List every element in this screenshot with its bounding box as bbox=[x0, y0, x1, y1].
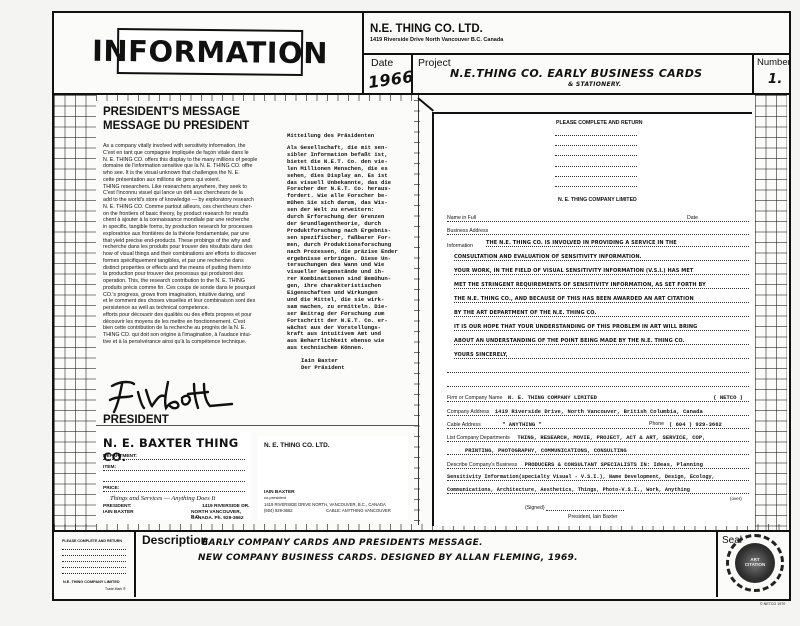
information-line[interactable]: YOUR WORK, IN THE FIELD OF VISUAL SENSIT… bbox=[454, 268, 749, 275]
number-label: Number bbox=[757, 57, 791, 68]
information-title: INFORMATION bbox=[92, 34, 328, 70]
small-card-line bbox=[62, 573, 126, 574]
company-departments-field[interactable]: List Company Departments THING, RESEARCH… bbox=[447, 434, 749, 442]
small-card-line bbox=[62, 561, 126, 562]
company-address-field[interactable]: Company Address 1419 Riverside Drive, No… bbox=[447, 408, 749, 416]
company-business-line-2[interactable]: Sensitivity Information(specialty Visual… bbox=[447, 474, 749, 481]
form-return-line[interactable] bbox=[555, 166, 637, 167]
baxter-business-card: N. E. BAXTER THING CO. DEPARTMENT: ITEM:… bbox=[96, 432, 251, 520]
project-value-addendum: & STATIONERY. bbox=[568, 81, 622, 88]
company-name: N.E. THING CO. LTD. bbox=[370, 23, 483, 35]
company-business-line-3[interactable]: Communications, Architecture, Aesthetics… bbox=[447, 487, 749, 494]
header-row-divider bbox=[362, 53, 789, 55]
president-message-title-en: PRESIDENT'S MESSAGE bbox=[103, 105, 240, 119]
small-card-line bbox=[62, 567, 126, 568]
information-line[interactable]: THE N.E. THING CO., AND BECAUSE OF THIS … bbox=[454, 296, 749, 303]
form-return-line[interactable] bbox=[555, 155, 637, 156]
information-line[interactable]: IT IS OUR HOPE THAT YOUR UNDERSTANDING O… bbox=[454, 324, 749, 331]
seal-stamp-icon: ART CITATION bbox=[726, 534, 784, 592]
form-return-line[interactable] bbox=[555, 135, 637, 136]
footer-divider bbox=[52, 530, 789, 532]
form-return-line[interactable] bbox=[555, 186, 637, 187]
date-label: Date bbox=[371, 57, 393, 69]
signature-icon bbox=[108, 378, 238, 416]
over-note: (over) bbox=[730, 496, 742, 501]
mitteilung-body: Als Gesellschaft, die mit sen- sibler In… bbox=[287, 145, 412, 372]
left-grid bbox=[54, 95, 96, 530]
signature-line[interactable] bbox=[546, 510, 624, 511]
footer-left-divider bbox=[134, 530, 136, 597]
company-departments-line-2[interactable]: PRINTING, PHOTOGRAPHY, COMMUNICATIONS, C… bbox=[447, 447, 749, 455]
description-line-1: EARLY COMPANY CARDS AND PRESIDENTS MESSA… bbox=[202, 538, 483, 548]
description-label: Description bbox=[142, 533, 208, 547]
signed-by: President, Iain Baxter bbox=[568, 514, 618, 520]
thing-co-business-card: N. E. THING CO. LTD. IAIN BAXTER co-pres… bbox=[258, 436, 408, 520]
right-grid bbox=[755, 95, 787, 530]
number-divider bbox=[752, 53, 754, 95]
small-card-line bbox=[62, 555, 126, 556]
company-business-field[interactable]: Describe Company's Business PRODUCERS & … bbox=[447, 461, 749, 469]
signed-label: (Signed) bbox=[525, 505, 545, 511]
company-address: 1419 Riverside Drive North Vancouver B.C… bbox=[370, 37, 503, 43]
top-ticks bbox=[96, 95, 416, 101]
small-card-company: N.E. THING COMPANY LIMITED bbox=[63, 580, 120, 584]
information-badge: INFORMATION bbox=[117, 28, 303, 76]
form-company-limited: N. E. THING COMPANY LIMITED bbox=[558, 197, 637, 203]
small-card-line bbox=[62, 549, 126, 550]
information-line-blank[interactable] bbox=[447, 386, 749, 387]
form-return-line[interactable] bbox=[555, 176, 637, 177]
information-line[interactable]: THE N.E. THING CO. IS INVOLVED IN PROVID… bbox=[486, 240, 749, 247]
cards-divider bbox=[96, 425, 418, 426]
information-line[interactable]: BY THE ART DEPARTMENT OF THE N.E. THING … bbox=[454, 310, 749, 317]
cable-address-field[interactable]: Cable Address " ANYTHING " Phone ( 604 )… bbox=[447, 421, 749, 429]
president-message-body: As a company vitally involved with sensi… bbox=[103, 143, 266, 346]
small-card-title: PLEASE COMPLETE AND RETURN bbox=[62, 539, 122, 543]
copyright: © NETCO 1970 bbox=[760, 602, 785, 606]
project-label: Project bbox=[418, 57, 451, 69]
information-line[interactable]: CONSULTATION AND EVALUATION OF SENSITIVI… bbox=[454, 254, 749, 261]
center-divider bbox=[418, 95, 419, 525]
description-line-2: NEW COMPANY BUSINESS CARDS. DESIGNED BY … bbox=[198, 553, 578, 563]
business-address-field[interactable]: Business Address bbox=[447, 228, 749, 235]
center-ticks bbox=[414, 100, 420, 525]
information-line[interactable]: ABOUT AN UNDERSTANDING OF THE POINT BEIN… bbox=[454, 338, 749, 345]
information-label: Information bbox=[447, 243, 473, 249]
president-message-title-fr: MESSAGE DU PRESIDENT bbox=[103, 119, 249, 133]
project-value: N.E.THING CO. EARLY BUSINESS CARDS bbox=[450, 67, 702, 80]
information-line[interactable]: MET THE STRINGENT REQUIREMENTS OF SENSIT… bbox=[454, 282, 749, 289]
footer-right-divider bbox=[716, 530, 718, 597]
name-in-full-field[interactable]: Name in FullDate bbox=[447, 215, 749, 222]
number-value: 1. bbox=[768, 72, 783, 87]
form-please-complete: PLEASE COMPLETE AND RETURN bbox=[556, 120, 643, 126]
firm-name-field[interactable]: Firm or Company Name N. E. THING COMPANY… bbox=[447, 394, 749, 402]
small-card-trademark: Trade Mark ® bbox=[105, 587, 126, 591]
mitteilung-title: Mitteilung des Präsidenten bbox=[287, 133, 374, 140]
form-return-line[interactable] bbox=[555, 145, 637, 146]
information-line[interactable]: YOURS SINCERELY, bbox=[454, 352, 749, 359]
information-line-blank[interactable] bbox=[447, 372, 749, 373]
